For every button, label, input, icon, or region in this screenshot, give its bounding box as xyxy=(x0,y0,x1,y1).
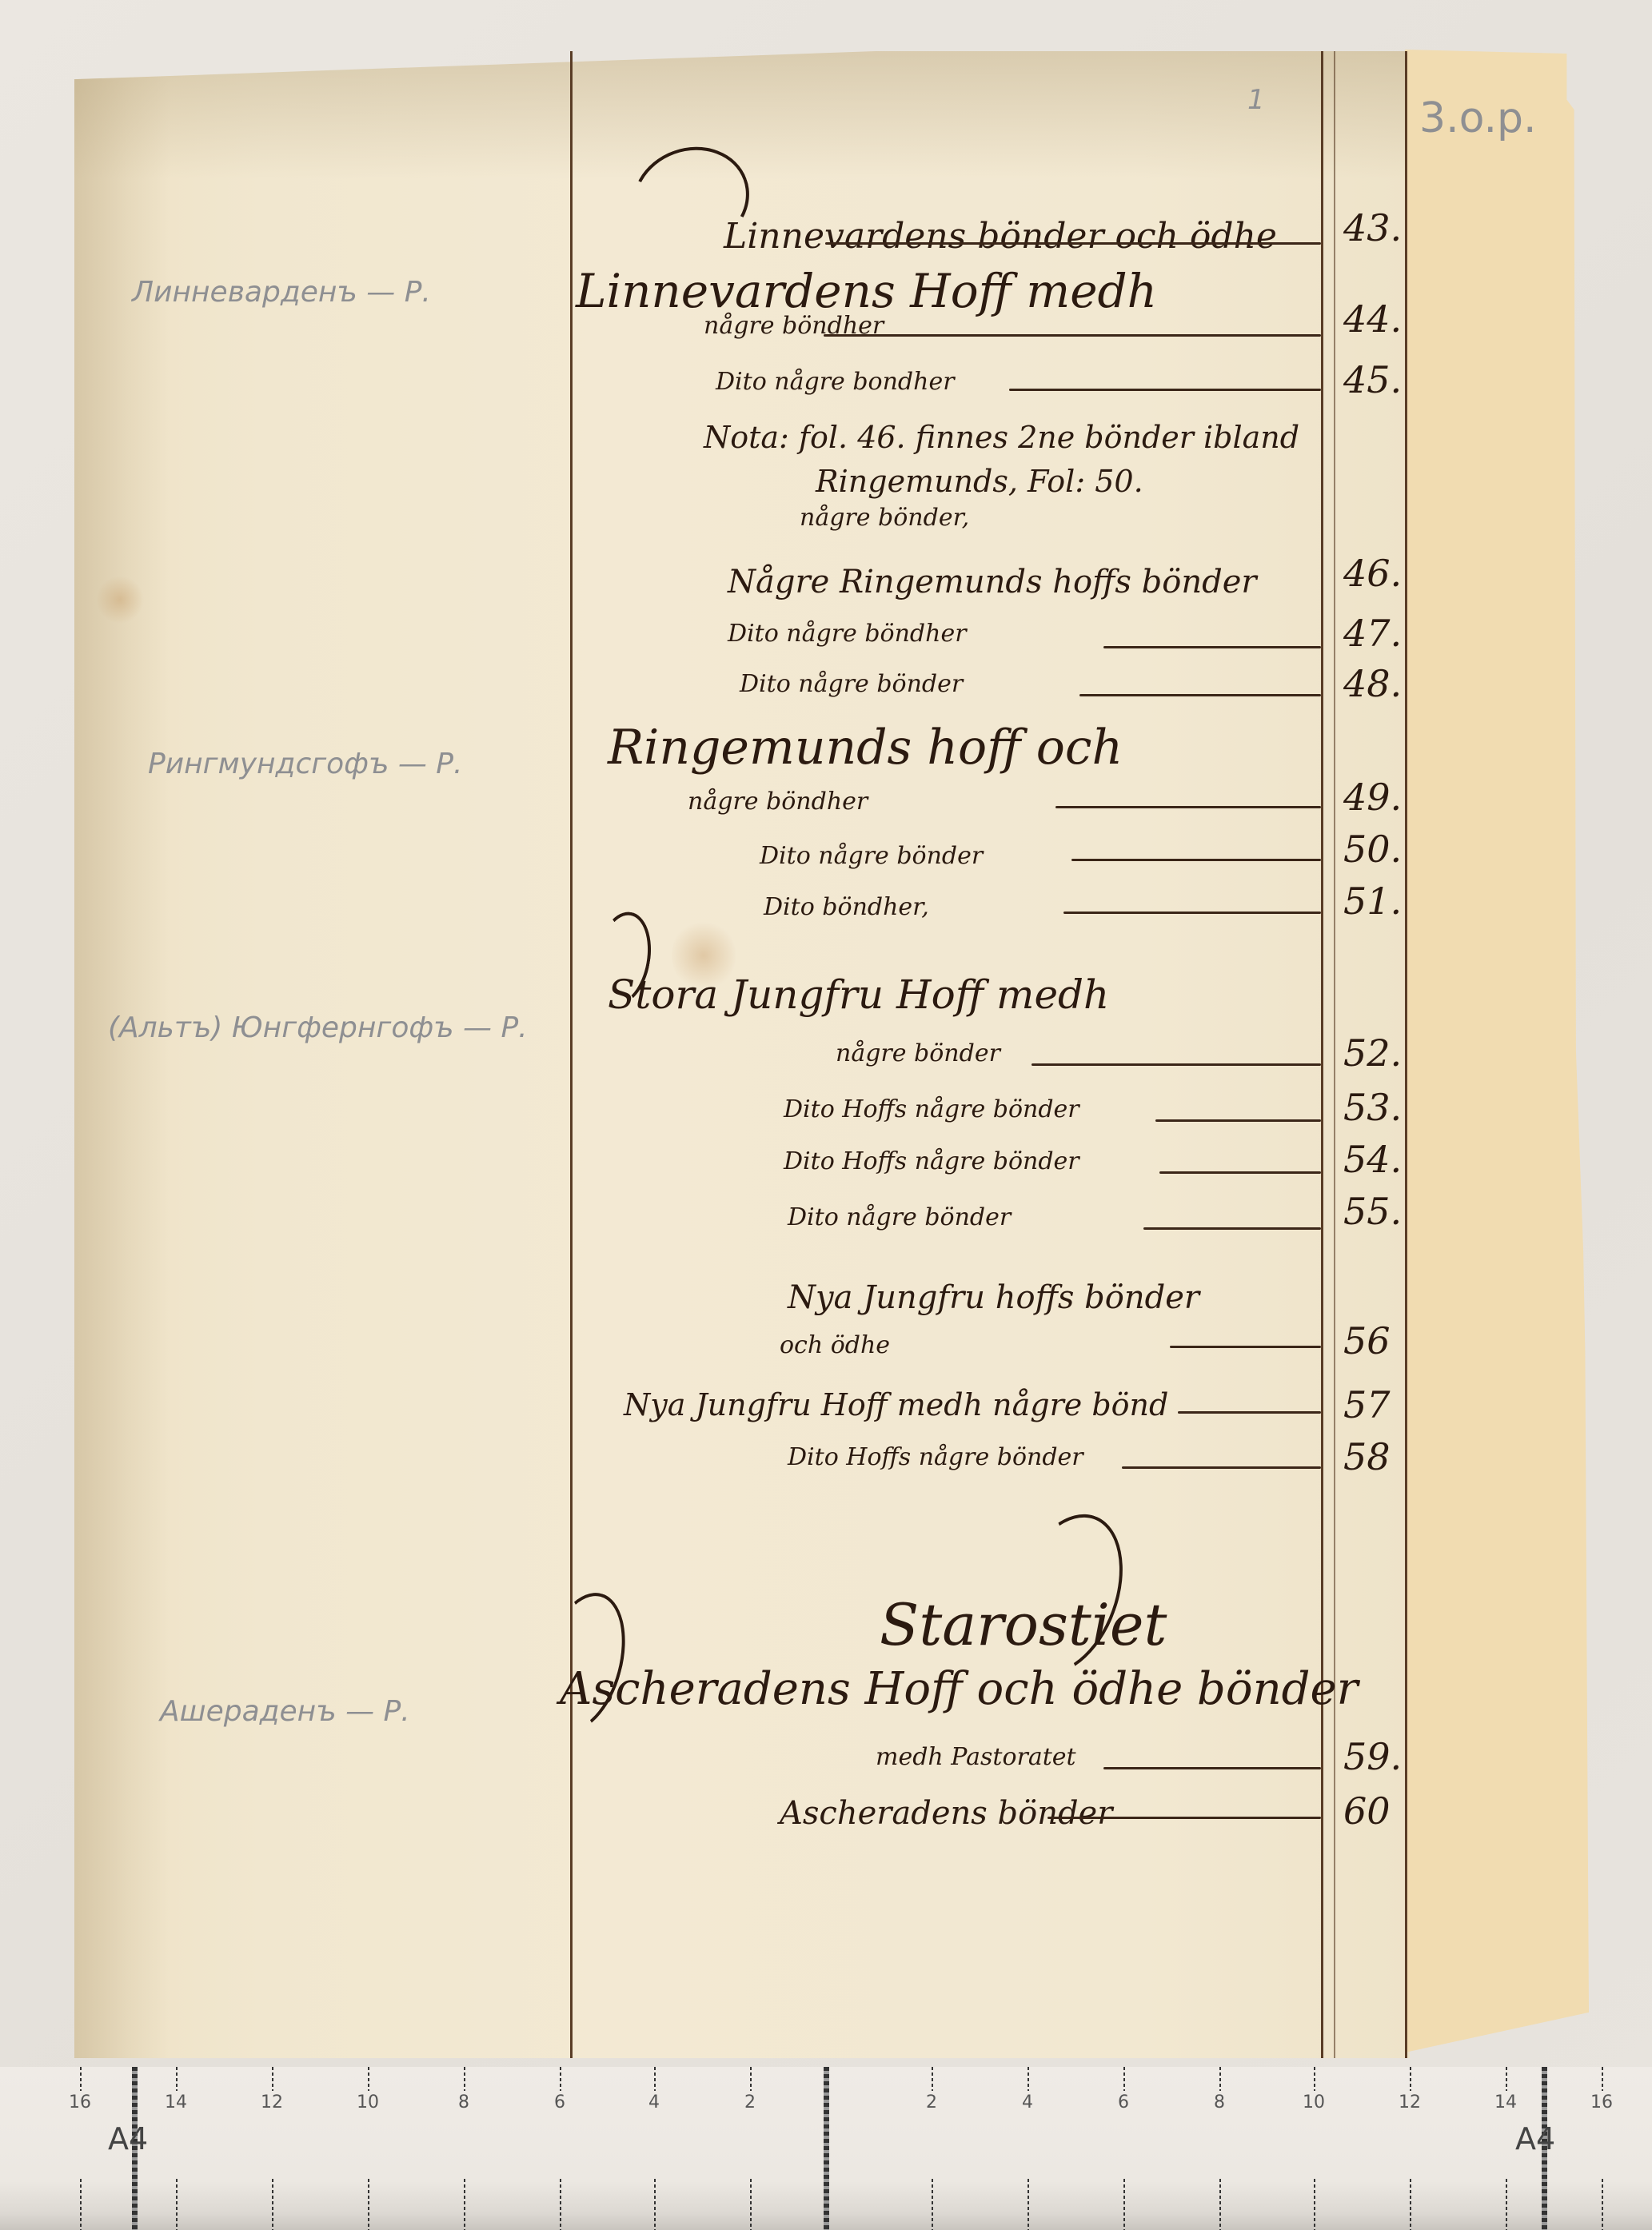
ruler-tick xyxy=(1314,2067,1315,2091)
ruler-size-label: A4 xyxy=(1515,2121,1555,2156)
leader-line xyxy=(1047,1817,1321,1819)
ruler-tick xyxy=(176,2067,178,2091)
ruler-tick xyxy=(1028,2067,1029,2091)
ruler-center-mark xyxy=(824,2067,829,2230)
entry-text: Linnevardens bönder och ödhe xyxy=(724,216,1277,257)
folio-number: 56 xyxy=(1343,1319,1391,1362)
ruler-label: 8 xyxy=(1214,2092,1225,2112)
ruler-label: 14 xyxy=(1494,2092,1517,2112)
ruler-tick xyxy=(1123,2179,1125,2230)
leader-line xyxy=(1071,859,1321,861)
leader-line xyxy=(1063,912,1321,914)
ruler-tick xyxy=(1410,2179,1411,2230)
entry-text: Dito Hoffs någre bönder xyxy=(788,1443,1083,1471)
folio-number: 50. xyxy=(1343,828,1402,871)
ruler-tick xyxy=(1219,2067,1221,2091)
folio-number: 59. xyxy=(1343,1735,1402,1778)
ruler-label: 2 xyxy=(744,2092,756,2112)
ruler-tick xyxy=(1410,2067,1411,2091)
leader-line xyxy=(1032,1063,1321,1066)
ruler-label: 12 xyxy=(261,2092,283,2112)
entry-text: Dito någre böndher xyxy=(728,620,967,648)
entry-text: Dito någre bönder xyxy=(740,670,963,698)
ruler-tick xyxy=(932,2067,933,2091)
ruler-tick xyxy=(932,2179,933,2230)
folio-number: 43. xyxy=(1343,206,1402,249)
paper-repair-strip xyxy=(1405,50,1589,2052)
ruler-label: 10 xyxy=(1303,2092,1325,2112)
folio-number: 55. xyxy=(1343,1190,1402,1233)
ruler-tick xyxy=(272,2067,273,2091)
margin-note: Рингмундсгофъ — Р. xyxy=(148,748,462,780)
leader-line xyxy=(1159,1171,1321,1174)
folio-number: 47. xyxy=(1343,612,1402,655)
measurement-ruler: 16 14 12 10 8 6 4 2 2 4 6 8 10 12 14 16 … xyxy=(0,2067,1652,2230)
folio-number: 49. xyxy=(1343,776,1402,819)
ruler-label: 8 xyxy=(458,2092,469,2112)
leader-line xyxy=(1055,806,1321,808)
folio-column-rule-inner xyxy=(1334,51,1335,2058)
entry-text: Dito någre bönder xyxy=(760,842,983,870)
ruler-label: 4 xyxy=(648,2092,660,2112)
leader-line xyxy=(1103,646,1321,648)
ruler-tick xyxy=(1506,2179,1507,2230)
leader-line xyxy=(825,242,1321,245)
ruler-tick xyxy=(750,2067,752,2091)
ruler-tick xyxy=(560,2179,561,2230)
ruler-tick xyxy=(560,2067,561,2091)
entry-text: medh Pastoratet xyxy=(876,1743,1076,1771)
entry-text: någre böndher xyxy=(688,788,868,816)
entry-text: och ödhe xyxy=(780,1331,890,1359)
folio-number: 46. xyxy=(1343,552,1402,595)
entry-text: Dito böndher, xyxy=(764,893,929,921)
folio-number: 51. xyxy=(1343,880,1402,923)
folio-number: 58 xyxy=(1343,1435,1391,1478)
entry-text: Dito någre bondher xyxy=(716,368,955,396)
ruler-label: 6 xyxy=(1118,2092,1129,2112)
sheet-label: 3.o.p. xyxy=(1419,94,1537,142)
manuscript-page xyxy=(74,51,1410,2058)
entry-text: Dito någre bönder xyxy=(788,1203,1011,1231)
ruler-label: 12 xyxy=(1399,2092,1421,2112)
entry-text: Dito Hoffs någre bönder xyxy=(784,1095,1079,1123)
ruler-tick xyxy=(1506,2067,1507,2091)
folio-number: 44. xyxy=(1343,297,1402,341)
page-right-rule xyxy=(1405,51,1407,2058)
entry-heading: Ringemunds hoff och xyxy=(608,720,1123,776)
ruler-label: 4 xyxy=(1022,2092,1033,2112)
folio-number: 52. xyxy=(1343,1031,1402,1075)
ruler-size-label: A4 xyxy=(108,2121,148,2156)
leader-line xyxy=(1178,1411,1321,1414)
ruler-tick xyxy=(1602,2067,1603,2091)
ruler-label: 6 xyxy=(554,2092,565,2112)
leader-line xyxy=(1143,1227,1321,1230)
ruler-tick xyxy=(80,2179,82,2230)
folio-number: 45. xyxy=(1343,358,1402,401)
ruler-tick xyxy=(1028,2179,1029,2230)
folio-column-rule xyxy=(1321,51,1323,2058)
entry-text: Nya Jungfru hoffs bönder xyxy=(788,1279,1199,1316)
entry-heading: Linnevardens Hoff medh xyxy=(576,264,1157,318)
entry-heading: Stora Jungfru Hoff medh xyxy=(608,971,1109,1018)
leader-line xyxy=(1103,1767,1321,1769)
ruler-tick xyxy=(654,2067,656,2091)
ruler-tick xyxy=(464,2067,465,2091)
folio-number: 48. xyxy=(1343,662,1402,705)
margin-note: Линневарденъ — Р. xyxy=(132,276,431,309)
top-pencil-mark: 1 xyxy=(1247,84,1265,116)
ruler-tick xyxy=(1219,2179,1221,2230)
ruler-label: 16 xyxy=(69,2092,91,2112)
folio-number: 60 xyxy=(1343,1789,1391,1833)
leader-line xyxy=(1079,694,1321,696)
leader-line xyxy=(824,334,1321,337)
left-column-rule xyxy=(570,51,573,2058)
ruler-label: 16 xyxy=(1590,2092,1613,2112)
entry-text: någre bönder xyxy=(836,1039,1000,1067)
nota-line: Nota: fol. 46. finnes 2ne bönder ibland xyxy=(704,420,1299,455)
ruler-tick xyxy=(368,2067,369,2091)
ruler-label: 2 xyxy=(926,2092,937,2112)
ruler-tick xyxy=(80,2067,82,2091)
entry-text: Nya Jungfru Hoff medh någre bönd xyxy=(624,1387,1168,1422)
margin-note: Ашераденъ — Р. xyxy=(160,1695,410,1728)
nota-line: någre bönder, xyxy=(800,504,969,532)
ruler-tick xyxy=(1314,2179,1315,2230)
leader-line xyxy=(1155,1119,1321,1122)
ruler-tick xyxy=(750,2179,752,2230)
stain xyxy=(96,576,144,624)
leader-line xyxy=(1009,389,1321,391)
entry-text: Någre Ringemunds hoffs bönder xyxy=(728,564,1256,600)
ruler-tick xyxy=(176,2179,178,2230)
folio-number: 53. xyxy=(1343,1086,1402,1129)
entry-text: Dito Hoffs någre bönder xyxy=(784,1147,1079,1175)
ruler-label: 10 xyxy=(357,2092,379,2112)
ruler-tick xyxy=(1602,2179,1603,2230)
entry-text: Ascheradens bönder xyxy=(780,1795,1112,1832)
ruler-tick xyxy=(368,2179,369,2230)
ruler-tick xyxy=(654,2179,656,2230)
leader-line xyxy=(1122,1466,1321,1469)
ruler-tick xyxy=(1123,2067,1125,2091)
entry-heading: Ascheradens Hoff och ödhe bönder xyxy=(560,1663,1358,1715)
leader-line xyxy=(1170,1346,1321,1348)
nota-line: Ringemunds, Fol: 50. xyxy=(816,464,1143,499)
folio-number: 57 xyxy=(1343,1383,1391,1426)
ruler-label: 14 xyxy=(165,2092,187,2112)
margin-note: (Альтъ) Юнгфернгофъ — Р. xyxy=(108,1011,528,1044)
ruler-tick xyxy=(272,2179,273,2230)
ruler-tick xyxy=(464,2179,465,2230)
folio-number: 54. xyxy=(1343,1138,1402,1181)
